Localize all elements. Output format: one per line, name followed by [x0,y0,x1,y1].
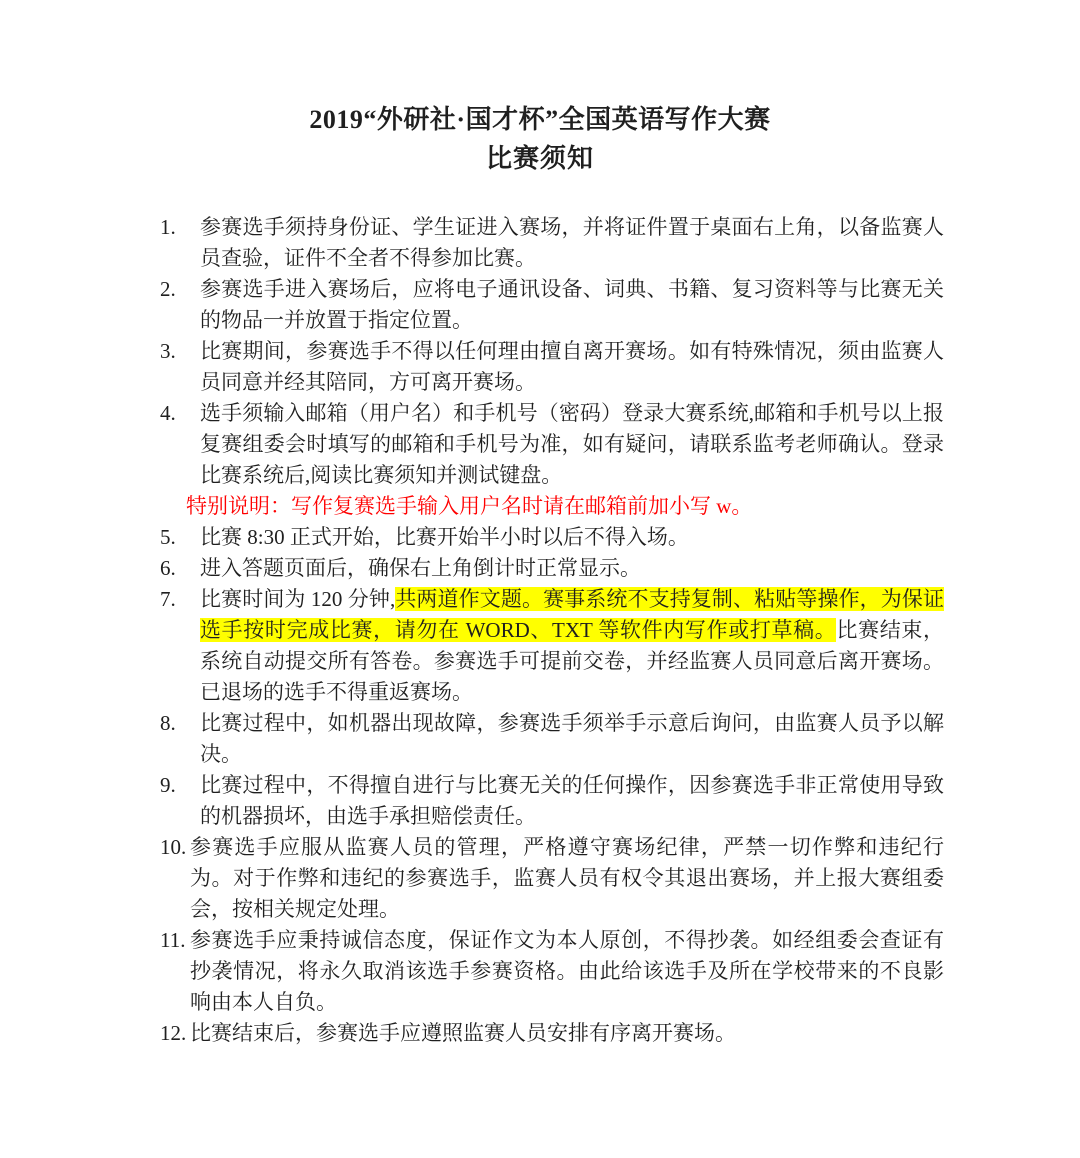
rule-text-segment: 选手须输入邮箱（用户名）和手机号（密码）登录大赛系统,邮箱和手机号以上报复赛组委… [200,401,944,487]
rule-item-text: 进入答题页面后，确保右上角倒计时正常显示。 [200,553,944,584]
rule-item: 7.比赛时间为 120 分钟,共两道作文题。赛事系统不支持复制、粘贴等操作，为保… [160,584,944,708]
rule-text-segment: 比赛时间为 120 分钟, [200,587,395,611]
document-page: 2019“外研社·国才杯”全国英语写作大赛 比赛须知 1.参赛选手须持身份证、学… [0,0,1080,1158]
document-subtitle: 比赛须知 [0,139,1080,178]
rule-item-text: 比赛结束后，参赛选手应遵照监赛人员安排有序离开赛场。 [190,1018,944,1049]
rule-text-segment: 参赛选手应秉持诚信态度，保证作文为本人原创，不得抄袭。如经组委会查证有抄袭情况，… [190,928,944,1014]
rule-text-segment: 比赛过程中，不得擅自进行与比赛无关的任何操作，因参赛选手非正常使用导致的机器损坏… [200,773,944,828]
rule-item-number: 4. [160,398,200,429]
rule-text-segment: 参赛选手须持身份证、学生证进入赛场，并将证件置于桌面右上角，以备监赛人员查验，证… [200,215,944,270]
rules-list: 1.参赛选手须持身份证、学生证进入赛场，并将证件置于桌面右上角，以备监赛人员查验… [160,212,944,1049]
rule-item: 3.比赛期间，参赛选手不得以任何理由擅自离开赛场。如有特殊情况，须由监赛人员同意… [160,336,944,398]
rule-item-text: 比赛时间为 120 分钟,共两道作文题。赛事系统不支持复制、粘贴等操作，为保证选… [200,584,944,708]
rule-item: 12.比赛结束后，参赛选手应遵照监赛人员安排有序离开赛场。 [160,1018,944,1049]
rule-item-text: 比赛过程中，如机器出现故障，参赛选手须举手示意后询问，由监赛人员予以解决。 [200,708,944,770]
rule-text-segment: 参赛选手应服从监赛人员的管理，严格遵守赛场纪律，严禁一切作弊和违纪行为。对于作弊… [190,835,944,921]
rule-item: 8.比赛过程中，如机器出现故障，参赛选手须举手示意后询问，由监赛人员予以解决。 [160,708,944,770]
rule-item-number: 1. [160,212,200,243]
rule-text-segment: 比赛期间，参赛选手不得以任何理由擅自离开赛场。如有特殊情况，须由监赛人员同意并经… [200,339,944,394]
rule-item-text: 参赛选手进入赛场后，应将电子通讯设备、词典、书籍、复习资料等与比赛无关的物品一并… [200,274,944,336]
rule-item: 1.参赛选手须持身份证、学生证进入赛场，并将证件置于桌面右上角，以备监赛人员查验… [160,212,944,274]
rule-item-text: 参赛选手须持身份证、学生证进入赛场，并将证件置于桌面右上角，以备监赛人员查验，证… [200,212,944,274]
rule-item-text: 比赛期间，参赛选手不得以任何理由擅自离开赛场。如有特殊情况，须由监赛人员同意并经… [200,336,944,398]
rule-item-text: 选手须输入邮箱（用户名）和手机号（密码）登录大赛系统,邮箱和手机号以上报复赛组委… [200,398,944,522]
rule-item: 2.参赛选手进入赛场后，应将电子通讯设备、词典、书籍、复习资料等与比赛无关的物品… [160,274,944,336]
rule-item-number: 7. [160,584,200,615]
rule-item-number: 5. [160,522,200,553]
rule-item: 10.参赛选手应服从监赛人员的管理，严格遵守赛场纪律，严禁一切作弊和违纪行为。对… [160,832,944,925]
rule-item: 6.进入答题页面后，确保右上角倒计时正常显示。 [160,553,944,584]
rule-text-segment: 比赛 8:30 正式开始，比赛开始半小时以后不得入场。 [200,525,689,549]
rule-text-segment: 比赛结束后，参赛选手应遵照监赛人员安排有序离开赛场。 [190,1021,736,1045]
rule-item-number: 3. [160,336,200,367]
document-title: 2019“外研社·国才杯”全国英语写作大赛 [0,100,1080,139]
rule-item: 5.比赛 8:30 正式开始，比赛开始半小时以后不得入场。 [160,522,944,553]
rule-text-segment: 比赛过程中，如机器出现故障，参赛选手须举手示意后询问，由监赛人员予以解决。 [200,711,944,766]
rule-item-number: 2. [160,274,200,305]
rule-item-number: 11. [160,925,190,956]
rule-item-text: 比赛过程中，不得擅自进行与比赛无关的任何操作，因参赛选手非正常使用导致的机器损坏… [200,770,944,832]
rule-item-text: 参赛选手应服从监赛人员的管理，严格遵守赛场纪律，严禁一切作弊和违纪行为。对于作弊… [190,832,944,925]
rule-item-number: 6. [160,553,200,584]
rule-item: 4.选手须输入邮箱（用户名）和手机号（密码）登录大赛系统,邮箱和手机号以上报复赛… [160,398,944,522]
rule-item-text: 比赛 8:30 正式开始，比赛开始半小时以后不得入场。 [200,522,944,553]
rule-item-number: 9. [160,770,200,801]
rule-item: 11.参赛选手应秉持诚信态度，保证作文为本人原创，不得抄袭。如经组委会查证有抄袭… [160,925,944,1018]
rule-item-number: 12. [160,1018,190,1049]
rule-item-number: 8. [160,708,200,739]
rule-item-text: 参赛选手应秉持诚信态度，保证作文为本人原创，不得抄袭。如经组委会查证有抄袭情况，… [190,925,944,1018]
rule-text-segment: 参赛选手进入赛场后，应将电子通讯设备、词典、书籍、复习资料等与比赛无关的物品一并… [200,277,944,332]
document-header: 2019“外研社·国才杯”全国英语写作大赛 比赛须知 [0,0,1080,178]
rule-text-segment: 进入答题页面后，确保右上角倒计时正常显示。 [200,556,641,580]
special-note: 特别说明：写作复赛选手输入用户名时请在邮箱前加小写 w。 [186,491,944,522]
rule-item-number: 10. [160,832,190,863]
rule-item: 9.比赛过程中，不得擅自进行与比赛无关的任何操作，因参赛选手非正常使用导致的机器… [160,770,944,832]
